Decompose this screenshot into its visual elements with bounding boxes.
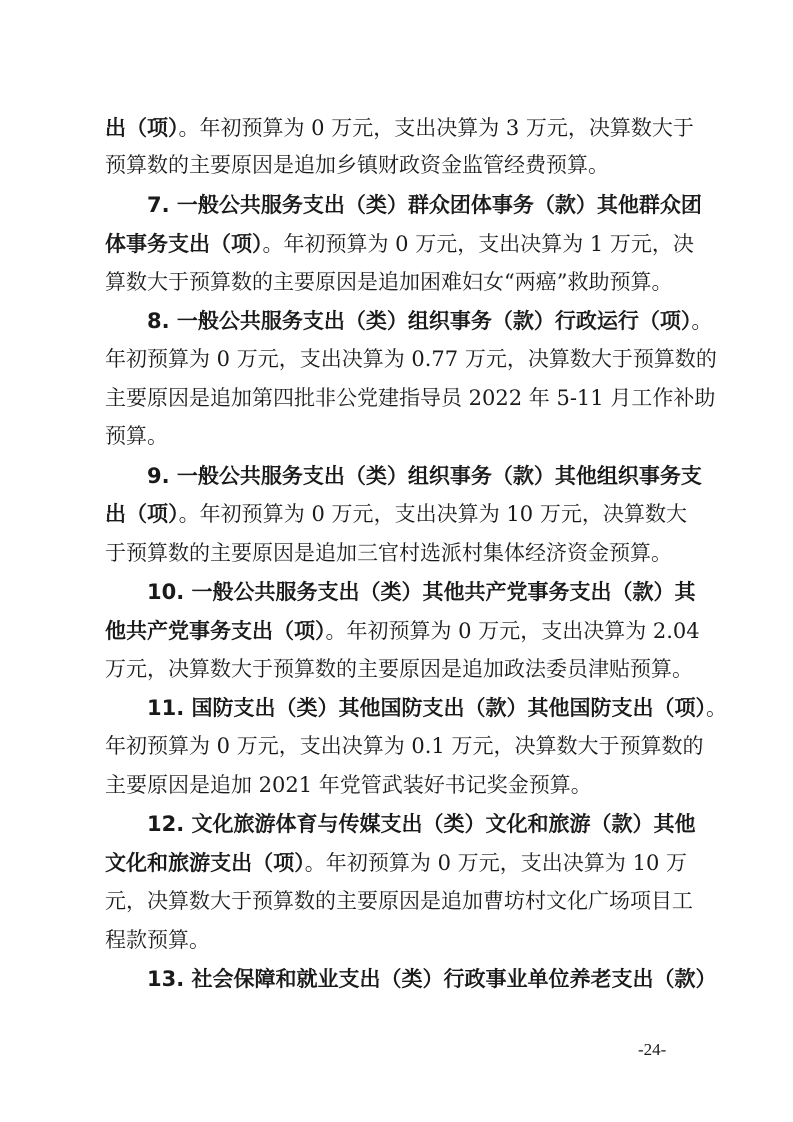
text-line: 预算。: [105, 421, 687, 451]
body-text: 。年初预算为 0 万元，支出决算为 3 万元，决算数大于: [179, 116, 694, 140]
text-line: 年初预算为 0 万元，支出决算为 0.77 万元，决算数大于预算数的: [105, 344, 687, 374]
text-line: 文化和旅游支出（项）。年初预算为 0 万元，支出决算为 10 万: [105, 848, 687, 878]
text-line: 主要原因是追加第四批非公党建指导员 2022 年 5-11 月工作补助: [105, 383, 687, 413]
text-line: 于预算数的主要原因是追加三官村选派村集体经济资金预算。: [105, 538, 687, 568]
body-text: 元，决算数大于预算数的主要原因是追加曹坊村文化广场项目工: [105, 889, 693, 913]
text-line: 程款预算。: [105, 925, 687, 955]
text-line: 8. 一般公共服务支出（类）组织事务（款）行政运行（项）。: [147, 306, 687, 336]
body-text: 。: [706, 696, 727, 720]
body-text: 预算。: [105, 424, 168, 448]
heading-text: 8. 一般公共服务支出（类）组织事务（款）行政运行（项）: [147, 309, 691, 333]
text-line: 预算数的主要原因是追加乡镇财政资金监管经费预算。: [105, 150, 687, 180]
heading-text: 11. 国防支出（类）其他国防支出（款）其他国防支出（项）: [147, 696, 706, 720]
body-text: 万元，决算数大于预算数的主要原因是追加政法委员津贴预算。: [105, 657, 693, 681]
text-line: 他共产党事务支出（项）。年初预算为 0 万元，支出决算为 2.04: [105, 616, 687, 646]
body-text: 。年初预算为 0 万元，支出决算为 10 万元，决算数大: [179, 502, 687, 526]
text-line: 体事务支出（项）。年初预算为 0 万元，支出决算为 1 万元，决: [105, 229, 687, 259]
heading-text: 他共产党事务支出（项）: [105, 619, 326, 643]
text-line: 出（项）。年初预算为 0 万元，支出决算为 3 万元，决算数大于: [105, 113, 687, 143]
text-line: 11. 国防支出（类）其他国防支出（款）其他国防支出（项）。: [147, 693, 687, 723]
body-text: 。年初预算为 0 万元，支出决算为 1 万元，决: [263, 232, 694, 256]
heading-text: 体事务支出（项）: [105, 232, 263, 256]
body-text: 主要原因是追加第四批非公党建指导员 2022 年 5-11 月工作补助: [105, 386, 715, 410]
heading-text: 出（项）: [105, 502, 179, 526]
heading-text: 10. 一般公共服务支出（类）其他共产党事务支出（款）其: [147, 580, 696, 604]
body-text: 。: [691, 309, 712, 333]
body-text: 。年初预算为 0 万元，支出决算为 10 万: [305, 851, 687, 875]
text-line: 元，决算数大于预算数的主要原因是追加曹坊村文化广场项目工: [105, 886, 687, 916]
body-text: 主要原因是追加 2021 年党管武装好书记奖金预算。: [105, 773, 592, 797]
body-text: 年初预算为 0 万元，支出决算为 0.77 万元，决算数大于预算数的: [105, 347, 717, 371]
text-line: 年初预算为 0 万元，支出决算为 0.1 万元，决算数大于预算数的: [105, 731, 687, 761]
document-page: 出（项）。年初预算为 0 万元，支出决算为 3 万元，决算数大于预算数的主要原因…: [0, 0, 793, 1122]
text-line: 7. 一般公共服务支出（类）群众团体事务（款）其他群众团: [147, 190, 687, 220]
heading-text: 出（项）: [105, 116, 179, 140]
body-text: 于预算数的主要原因是追加三官村选派村集体经济资金预算。: [105, 541, 672, 565]
text-line: 算数大于预算数的主要原因是追加困难妇女“两癌”救助预算。: [105, 267, 687, 297]
heading-text: 7. 一般公共服务支出（类）群众团体事务（款）其他群众团: [147, 193, 702, 217]
heading-text: 12. 文化旅游体育与传媒支出（类）文化和旅游（款）其他: [147, 812, 696, 836]
text-line: 12. 文化旅游体育与传媒支出（类）文化和旅游（款）其他: [147, 809, 687, 839]
heading-text: 9. 一般公共服务支出（类）组织事务（款）其他组织事务支: [147, 464, 702, 488]
text-line: 万元，决算数大于预算数的主要原因是追加政法委员津贴预算。: [105, 654, 687, 684]
body-text: 年初预算为 0 万元，支出决算为 0.1 万元，决算数大于预算数的: [105, 734, 703, 758]
page-number: -24-: [638, 1040, 666, 1060]
body-text: 程款预算。: [105, 928, 210, 952]
body-text: 算数大于预算数的主要原因是追加困难妇女“两癌”救助预算。: [105, 270, 672, 294]
heading-text: 13. 社会保障和就业支出（类）行政事业单位养老支出（款）: [147, 967, 717, 991]
text-line: 9. 一般公共服务支出（类）组织事务（款）其他组织事务支: [147, 461, 687, 491]
body-text: 预算数的主要原因是追加乡镇财政资金监管经费预算。: [105, 153, 609, 177]
text-line: 出（项）。年初预算为 0 万元，支出决算为 10 万元，决算数大: [105, 499, 687, 529]
heading-text: 文化和旅游支出（项）: [105, 851, 305, 875]
text-line: 13. 社会保障和就业支出（类）行政事业单位养老支出（款）: [147, 964, 687, 994]
body-text: 。年初预算为 0 万元，支出决算为 2.04: [326, 619, 700, 643]
text-line: 主要原因是追加 2021 年党管武装好书记奖金预算。: [105, 770, 687, 800]
text-line: 10. 一般公共服务支出（类）其他共产党事务支出（款）其: [147, 577, 687, 607]
